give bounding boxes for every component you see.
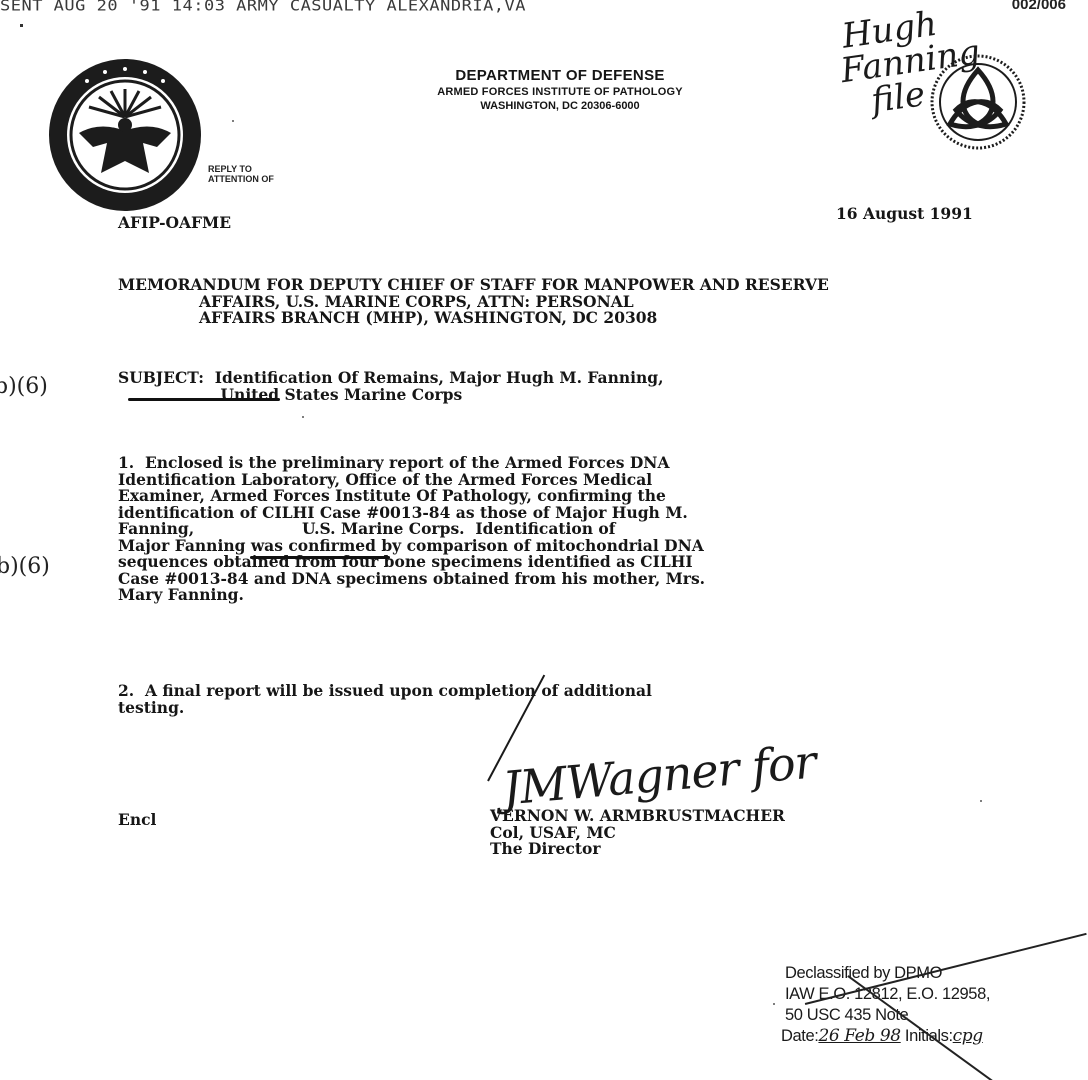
- declass-line-3: 50 USC 435 Note: [785, 1005, 990, 1026]
- reply-to-label: REPLY TO ATTENTION OF: [208, 164, 274, 184]
- redaction-exemption-note: b)(6): [0, 374, 48, 399]
- fax-page-number: 002/006: [1012, 0, 1066, 13]
- memorandum-addressee: MEMORANDUM FOR DEPUTY CHIEF OF STAFF FOR…: [118, 277, 829, 327]
- redaction-line: [128, 398, 280, 401]
- scan-speck: [773, 1003, 775, 1005]
- scan-speck: [980, 800, 982, 802]
- enclosure-label: Encl: [118, 812, 156, 829]
- redaction-line: [250, 556, 390, 559]
- dod-seal-icon: [45, 55, 205, 215]
- afip-seal-icon: [928, 52, 1028, 152]
- signature-block: VERNON W. ARMBRUSTMACHER Col, USAF, MC T…: [490, 808, 785, 858]
- redaction-exemption-note: b)(6): [0, 554, 50, 579]
- memo-paragraph-1: 1. Enclosed is the preliminary report of…: [118, 455, 705, 604]
- scan-speck: [302, 416, 304, 418]
- scan-speck: [232, 120, 234, 122]
- memo-paragraph-2: 2. A final report will be issued upon co…: [118, 683, 652, 716]
- declass-line-2: IAW E.O. 12812, E.O. 12958,: [785, 984, 990, 1005]
- fax-transmission-header: SENT AUG 20 '91 14:03 ARMY CASUALTY ALEX…: [0, 0, 526, 15]
- department-name: DEPARTMENT OF DEFENSE: [360, 67, 760, 84]
- institute-address: WASHINGTON, DC 20306-6000: [360, 100, 760, 112]
- declass-line-1: Declassified by DPMO: [785, 963, 990, 984]
- declass-date-line: Date:26 Feb 98 Initials:cpg: [781, 1026, 990, 1047]
- office-symbol: AFIP-OAFME: [118, 215, 231, 232]
- institute-name: ARMED FORCES INSTITUTE OF PATHOLOGY: [360, 86, 760, 98]
- memo-date: 16 August 1991: [836, 206, 973, 223]
- declass-initials-value: cpg: [953, 1026, 983, 1046]
- declass-date-value: 26 Feb 98: [818, 1026, 900, 1046]
- scan-speck: [20, 24, 23, 27]
- handwritten-signature: JMWagner for: [500, 734, 817, 815]
- letterhead: DEPARTMENT OF DEFENSE ARMED FORCES INSTI…: [360, 67, 760, 112]
